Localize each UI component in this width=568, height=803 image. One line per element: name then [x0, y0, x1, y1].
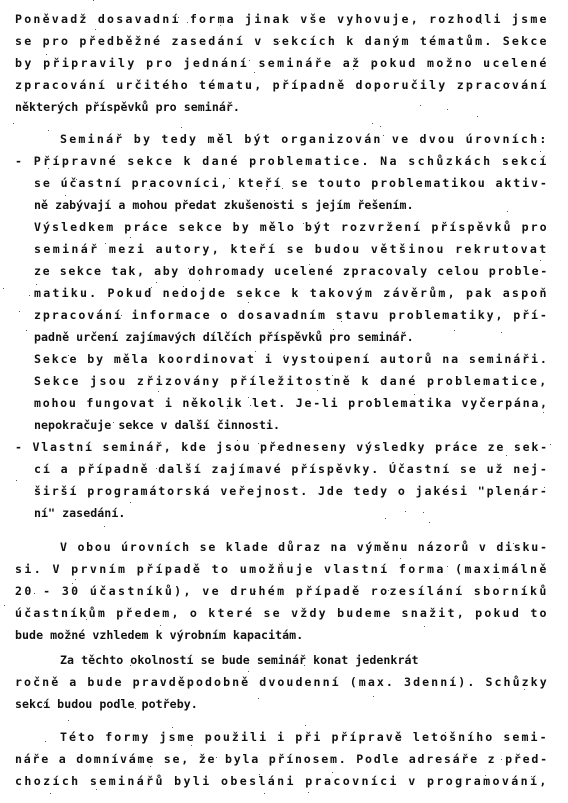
list-item-1-line-3: ně zabývají a mohou předat zkušenosti s … — [34, 198, 414, 212]
list-item-2-line-1: - Vlastní seminář, kde jsou předneseny v… — [15, 440, 549, 454]
paragraph-1-line-2: se pro předběžné zasedání v sekcích k da… — [15, 34, 549, 48]
list-item-1-line-6: ze sekce tak, aby dohromady ucelené zpra… — [34, 264, 549, 278]
paragraph-1-line-1: Poněvadž dosavadní forma jinak vše vyhov… — [15, 12, 549, 26]
list-item-1-line-8: zpracování informace o dosavadním stavu … — [34, 308, 549, 322]
scanned-document-page: Poněvadž dosavadní forma jinak vše vyhov… — [0, 0, 568, 803]
paragraph-5-line-1: Této formy jsme použili i při přípravě l… — [60, 730, 549, 744]
list-item-1-line-5: seminář mezi autory, kteří se budou větš… — [34, 242, 549, 256]
list-item-1-line-7: matiku. Pokud nedojde sekce k takovým zá… — [34, 286, 549, 300]
paragraph-4-line-3: sekcí budou podle potřeby. — [15, 697, 198, 711]
paragraph-4-line-1: Za těchto okolností se bude seminář kona… — [60, 653, 419, 667]
list-item-1-line-4: Výsledkem práce sekce by mělo být rozvrž… — [34, 220, 549, 234]
paragraph-5-line-2: náře a domníváme se, že byla přínosem. P… — [15, 752, 549, 766]
list-item-2-line-4: ní" zasedání. — [34, 506, 125, 520]
list-item-1-line-2: se účastní pracovníci, kteří se touto pr… — [34, 176, 549, 190]
paragraph-1-line-5: některých příspěvků pro seminář. — [15, 100, 240, 114]
paragraph-4-line-2: ročně a bude pravděpodobně dvoudenní (ma… — [15, 675, 549, 689]
list-item-2-line-3: širší programátorská veřejnost. Jde tedy… — [34, 484, 549, 498]
paragraph-3-line-2: si. V prvním případě to umožňuje vlastní… — [15, 562, 549, 576]
paragraph-1-line-4: zpracování určitého tématu, případně dop… — [15, 78, 549, 92]
list-item-1-line-10: Sekce by měla koordinovat i vystoupení a… — [34, 352, 549, 366]
list-item-1-line-11: Sekce jsou zřizovány příležitostně k dan… — [34, 374, 549, 388]
paragraph-2-heading-line: Seminář by tedy měl být organizován ve d… — [60, 132, 549, 146]
list-item-2-line-2: cí a případně další zajímavé příspěvky. … — [34, 462, 549, 476]
paragraph-3-line-5: bude možné vzhledem k výrobním kapacitám… — [15, 628, 303, 642]
list-item-1-line-1: - Přípravné sekce k dané problematice. N… — [15, 154, 549, 168]
paragraph-3-line-4: účastníkům předem, o které se vždy budem… — [15, 606, 549, 620]
paragraph-1-line-3: by připravily pro jednání semináře až po… — [15, 56, 549, 70]
paragraph-3-line-1: V obou úrovních se klade důraz na výměnu… — [60, 540, 549, 554]
list-item-1-line-9: padně určení zajímavých dílčích příspěvk… — [34, 330, 414, 344]
list-item-1-line-12: mohou fungovat i několik let. Je-li prob… — [34, 396, 549, 410]
paragraph-5-line-3: chozích seminářů byli obesláni pracovníc… — [15, 774, 549, 788]
paragraph-3-line-3: 20 - 30 účastníků), ve druhém případě ro… — [15, 584, 549, 598]
list-item-1-line-13: nepokračuje sekce v další činnosti. — [34, 418, 280, 432]
